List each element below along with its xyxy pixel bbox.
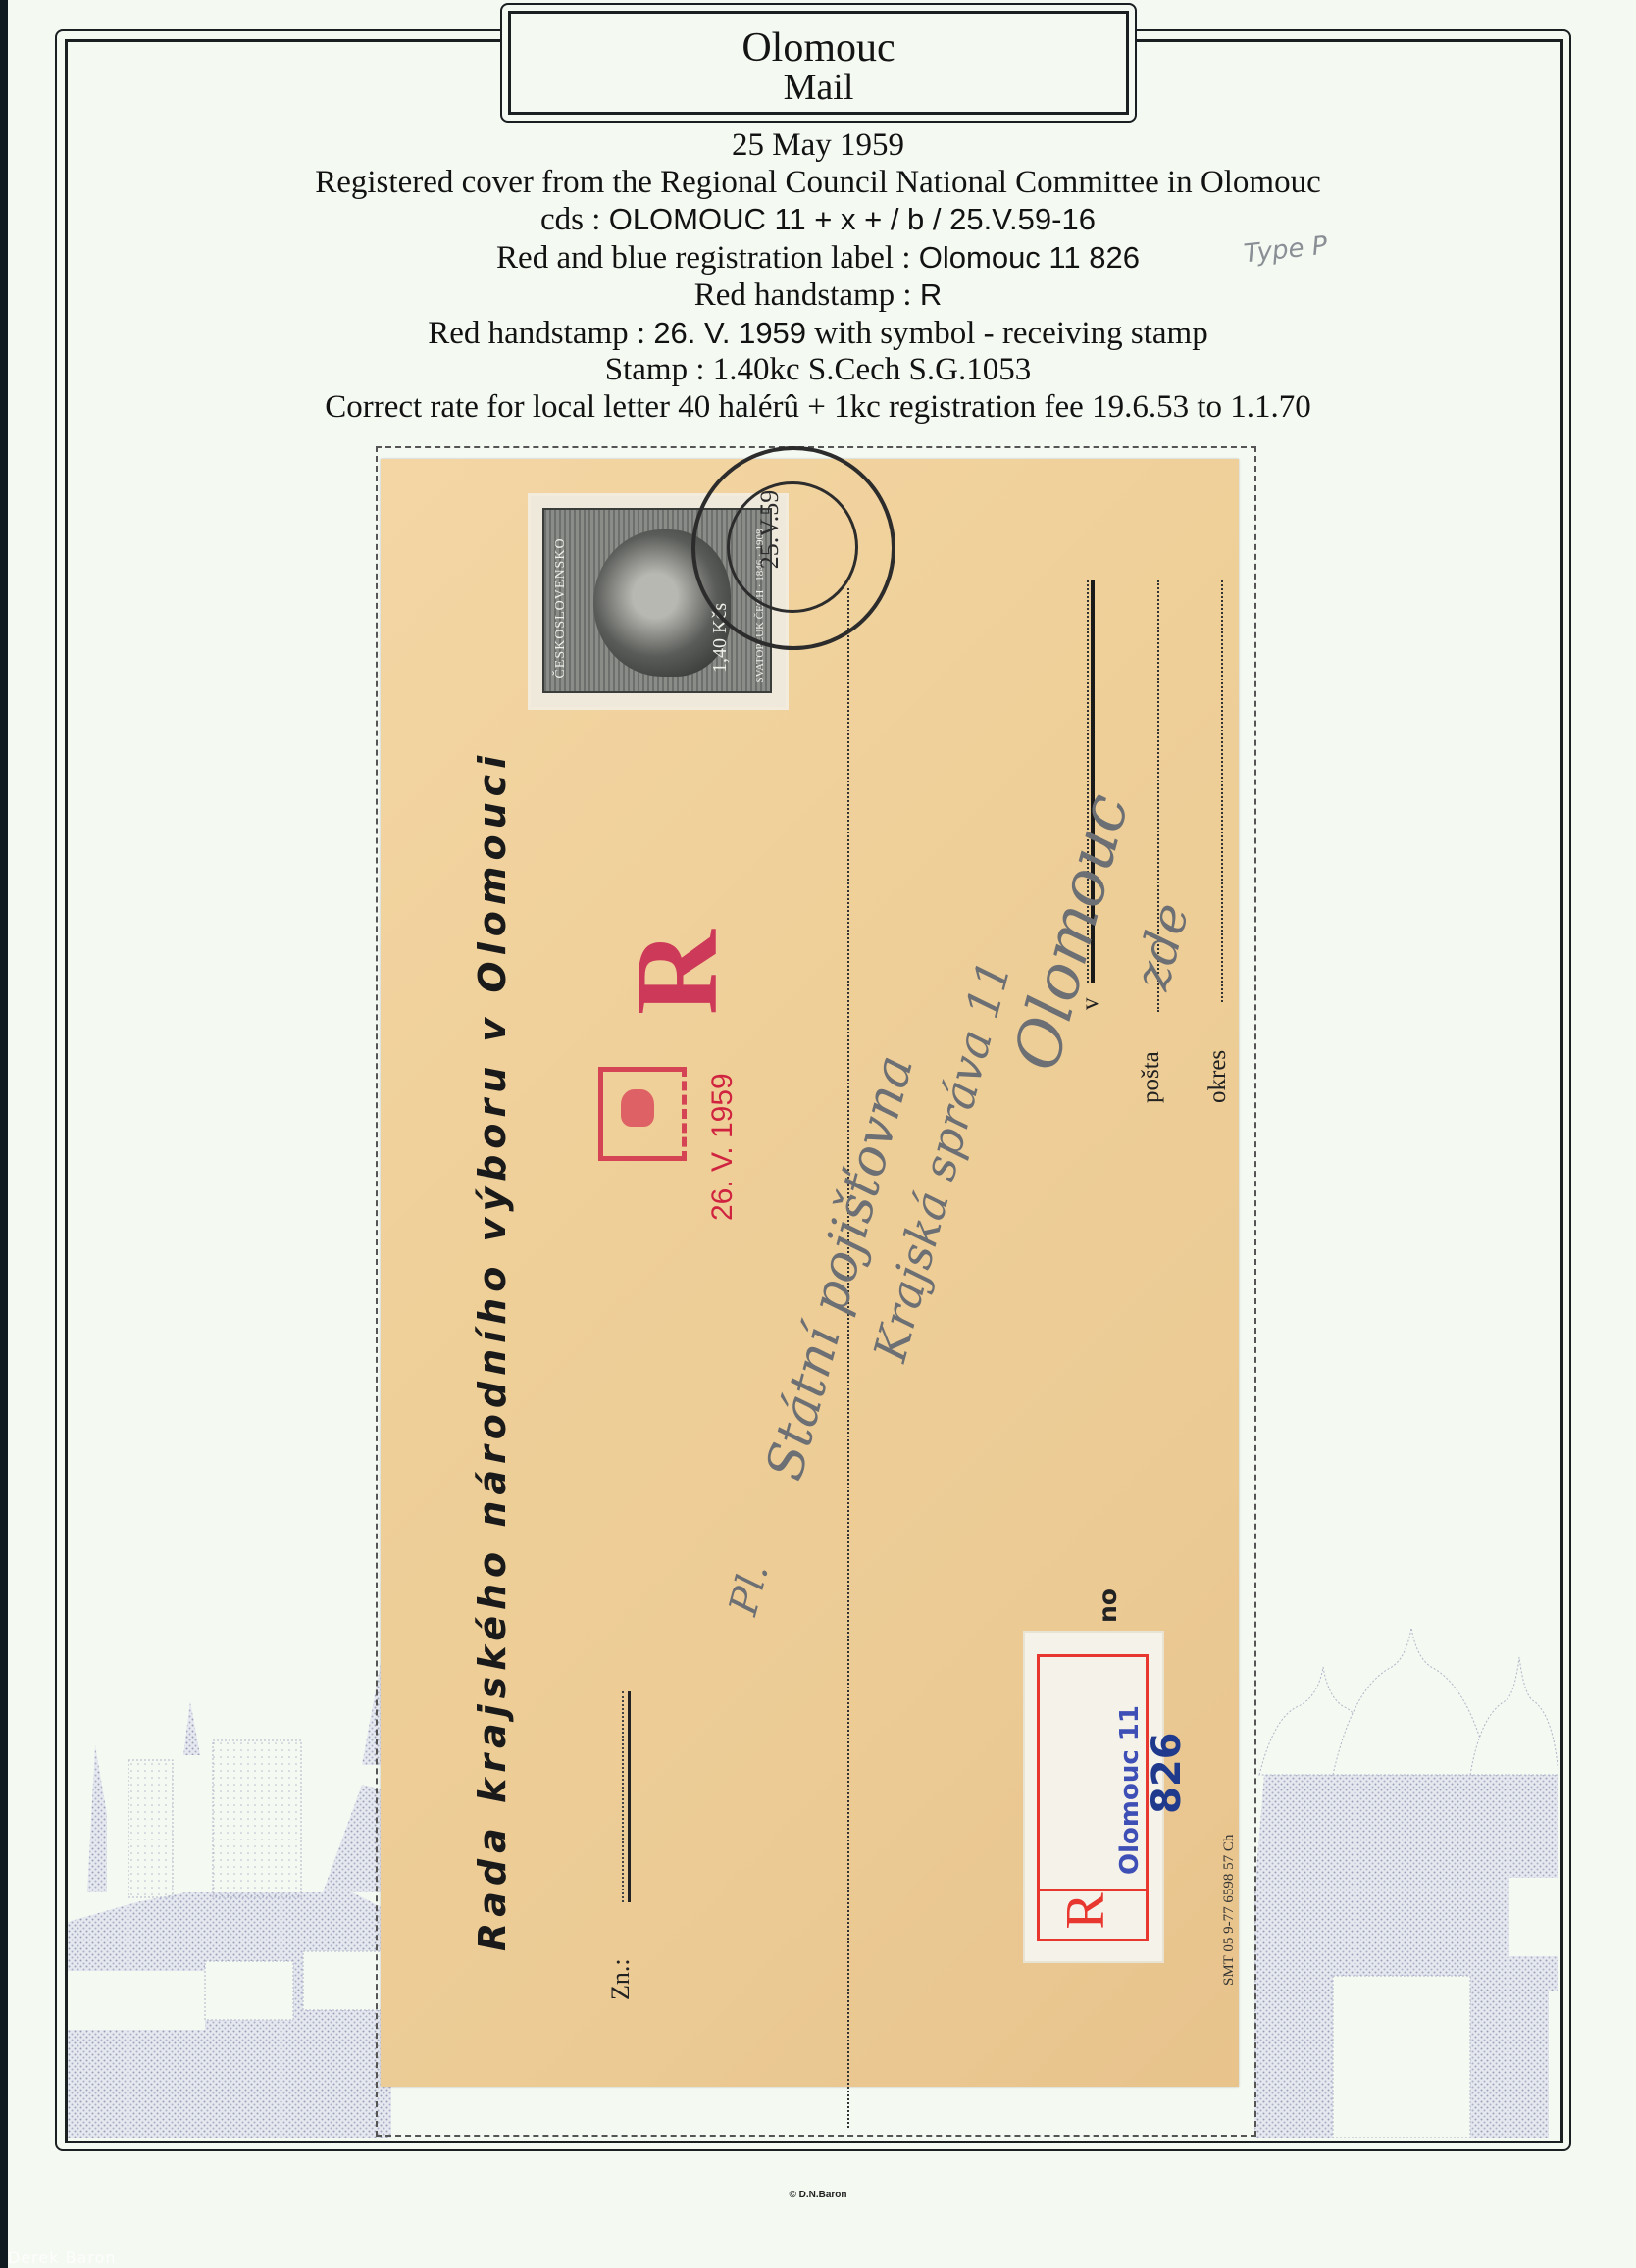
title-box: Olomouc Mail xyxy=(500,3,1137,123)
cds-value: OLOMOUC 11 + x + / b / 25.V.59-16 xyxy=(609,202,1096,236)
field-label-okres: okres xyxy=(1204,1050,1232,1103)
partial-imprint: no xyxy=(1094,1588,1122,1623)
registration-label: R Olomouc 11 826 xyxy=(1025,1633,1162,1961)
handstamp-r-value: R xyxy=(920,277,942,312)
handstamp-date-line: Red handstamp : 26. V. 1959 with symbol … xyxy=(98,315,1538,353)
reg-letter: R xyxy=(1058,1892,1113,1929)
reference-label: Zn.: xyxy=(606,1958,636,2000)
watermark: Derek Baron xyxy=(8,2248,117,2267)
reg-number: 826 xyxy=(1145,1733,1190,1815)
printer-code: SMT 05 9-77 6598 57 Ch xyxy=(1221,1835,1238,1986)
reg-label-value: Olomouc 11 826 xyxy=(919,240,1140,275)
page-subtitle: Mail xyxy=(511,69,1126,106)
receiving-stamp-symbol xyxy=(598,1067,687,1161)
postmark-date: 25.V.59 xyxy=(755,490,785,569)
stamp-line: Stamp : 1.40kc S.Cech S.G.1053 xyxy=(98,352,1538,389)
handstamp-date-value: 26. V. 1959 xyxy=(653,316,806,350)
postmark-cds: 25.V.59 xyxy=(691,446,895,650)
scan-edge xyxy=(0,0,8,2268)
cover-description: 25 May 1959 Registered cover from the Re… xyxy=(98,127,1538,426)
address-dotted-line-1 xyxy=(847,588,849,2128)
copyright: © D.N.Baron xyxy=(0,2190,1636,2200)
page-title: Olomouc xyxy=(511,27,1126,69)
reg-office: Olomouc 11 xyxy=(1115,1705,1145,1875)
sender-imprint: Rada krajského národního výboru v Olomou… xyxy=(471,750,514,1951)
red-r-handstamp: R xyxy=(628,917,726,1015)
receiving-stamp-date: 26. V. 1959 xyxy=(706,1073,740,1221)
reference-line xyxy=(628,1691,631,1902)
address-dotted-line-okres xyxy=(1221,580,1223,1002)
stamp-country: ČESKOSLOVENSKO xyxy=(553,521,569,695)
cover-summary: Registered cover from the Regional Counc… xyxy=(98,165,1538,202)
handstamp-r-line: Red handstamp : R xyxy=(98,277,1538,315)
field-label-posta: pošta xyxy=(1138,1051,1165,1103)
reference-dotted-line xyxy=(622,1691,624,1902)
rate-line: Correct rate for local letter 40 halérû … xyxy=(98,389,1538,427)
cover-date: 25 May 1959 xyxy=(98,127,1538,165)
